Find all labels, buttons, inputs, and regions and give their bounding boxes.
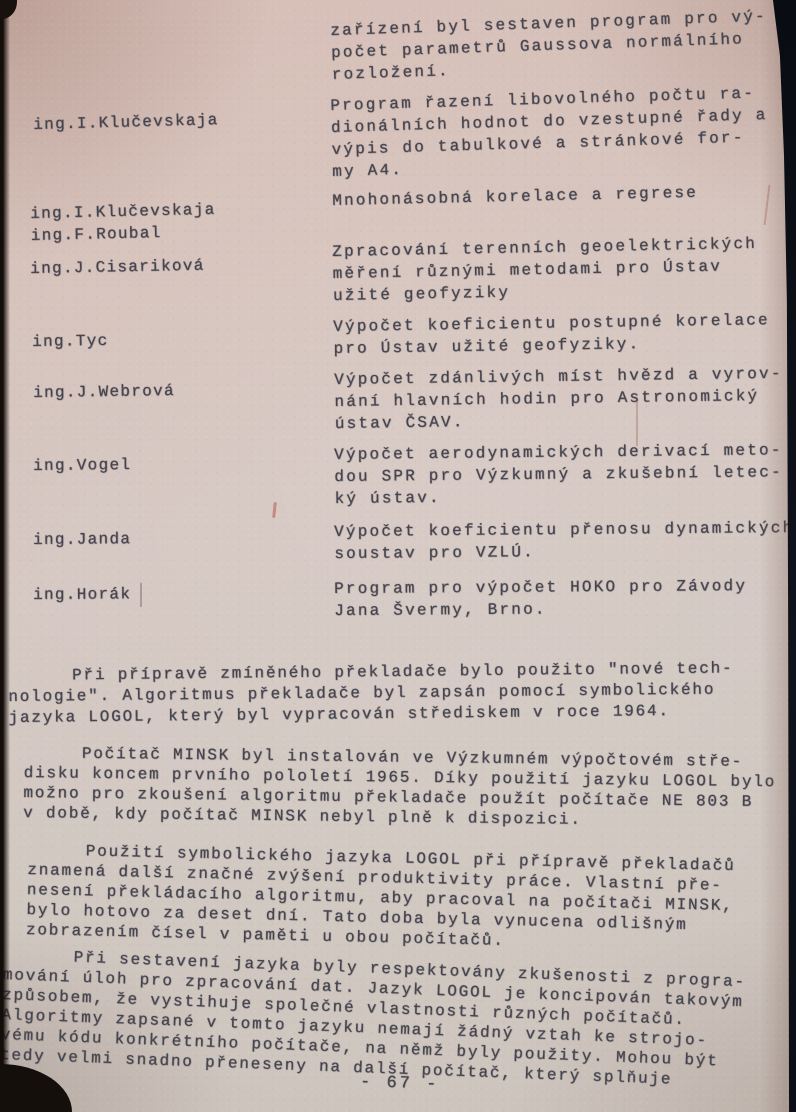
task-description: Výpočet koeficientu přenosu dynamických … [334,517,795,565]
task-description: Mnohonásobná korelace a regrese [332,182,698,212]
task-description-line: Mnohonásobná korelace a regrese [332,182,698,212]
assignee-name: ing.J.Webrová [33,380,175,404]
task-description: Program řazení libovolného počtu ra- dio… [330,82,769,183]
assignee-names: ing.J.Cisariková [30,255,205,280]
task-description: Výpočet koeficientu postupné korelace pr… [333,309,770,360]
task-description: Program pro výpočet HOKO pro Závody Jana… [334,575,747,622]
crease-mark [764,185,771,225]
task-description-line: Jana Švermy, Brno. [334,597,747,622]
assignee-name: ing.Tyc [32,330,109,353]
task-description-line: ký ústav. [334,483,783,510]
task-description-line: soustav pro VZLÚ. [334,539,794,565]
task-description-line: dou SPR pro Výzkumný a zkušební letec- [334,461,783,488]
photo-corner-top-left [0,0,17,19]
paragraph: Použití symbolického jazyka LOGOL při př… [26,840,792,957]
crease-mark [140,583,142,607]
assignee-names: ing.I.Klučevskaja [33,109,219,136]
paragraph: Při sestavení jazyka byly respektovány z… [0,945,791,1094]
assignee-name: ing.I.Klučevskaja [33,109,219,136]
assignee-name: ing.Janda [33,528,131,551]
assignee-name: ing.Horák [33,583,131,606]
assignee-name: ing.J.Cisariková [30,255,205,280]
assignee-names: ing.J.Webrová [33,380,175,404]
task-description-line: Program pro výpočet HOKO pro Závody [334,575,747,600]
page-number-block: - 67 - [327,1072,472,1096]
task-description: Zpracování terenních geoelektrických měř… [332,233,758,307]
task-description-line: Výpočet koeficientu přenosu dynamických [334,517,794,543]
paragraph: Počítač MINSK byl instalován ve Výzkumné… [23,743,794,832]
assignee-name: ing.I.Klučevskaja [30,199,216,225]
assignee-name: ing.F.Roubal [30,221,216,247]
assignee-names: ing.I.Klučevskaja ing.F.Roubal [30,199,216,247]
assignee-names: ing.Janda [33,528,131,551]
task-description: Výpočet zdánlivých míst hvězd a vyrov- n… [334,363,783,435]
page-number: - 67 - [327,1072,472,1096]
task-description: zařízení byl sestaven program pro vý- po… [330,6,769,86]
assignee-names: ing.Tyc [32,330,109,353]
assignee-names: ing.Horák [33,583,131,606]
scanned-page: zařízení byl sestaven program pro vý- po… [0,0,796,1112]
paragraph: Při přípravě zmíněného překladače bylo p… [8,658,789,729]
assignee-names: ing.Vogel [33,454,131,477]
pencil-mark [272,502,277,518]
assignee-name: ing.Vogel [33,454,131,477]
photo-corner-bottom-left [0,1064,72,1112]
task-description: Výpočet aerodynamických derivací meto- d… [334,439,783,510]
